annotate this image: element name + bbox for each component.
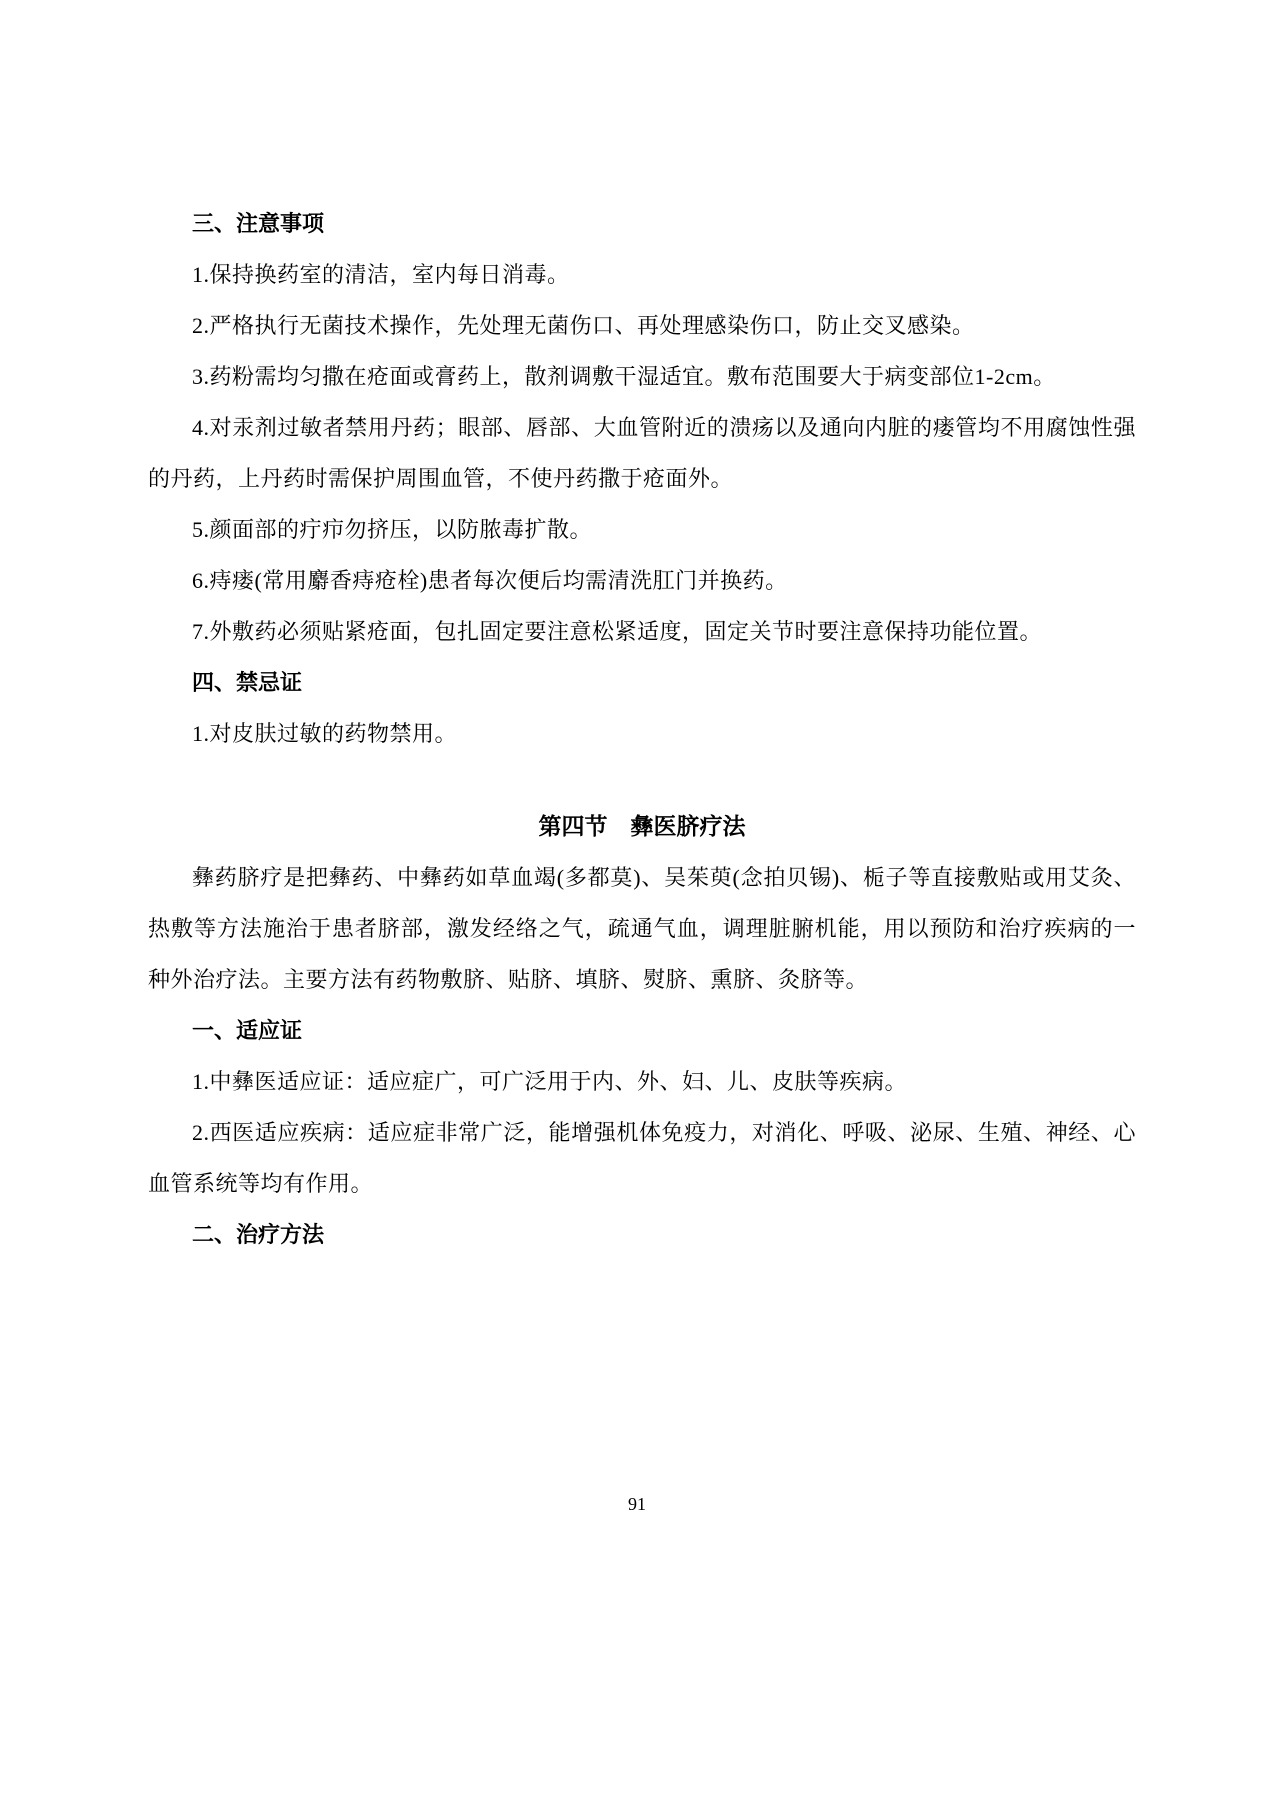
paragraph-item-5: 5.颜面部的疔疖勿挤压，以防脓毒扩散。 bbox=[148, 504, 1136, 555]
chapter-title-section-4: 第四节 彝医脐疗法 bbox=[148, 801, 1136, 852]
document-content: 三、注意事项 1.保持换药室的清洁，室内每日消毒。 2.严格执行无菌技术操作，先… bbox=[148, 198, 1136, 1260]
document-page: 三、注意事项 1.保持换药室的清洁，室内每日消毒。 2.严格执行无菌技术操作，先… bbox=[0, 0, 1274, 1801]
paragraph-chapter-intro: 彝药脐疗是把彝药、中彝药如草血竭(多都莫)、吴茱萸(念拍贝锡)、栀子等直接敷贴或… bbox=[148, 852, 1136, 1005]
paragraph-item-4: 4.对汞剂过敏者禁用丹药；眼部、唇部、大血管附近的溃疡以及通向内脏的瘘管均不用腐… bbox=[148, 402, 1136, 504]
paragraph-indication-1: 1.中彝医适应证：适应症广，可广泛用于内、外、妇、儿、皮肤等疾病。 bbox=[148, 1056, 1136, 1107]
section-heading-treatment-methods: 二、治疗方法 bbox=[148, 1209, 1136, 1260]
page-number: 91 bbox=[0, 1492, 1274, 1516]
paragraph-item-2: 2.严格执行无菌技术操作，先处理无菌伤口、再处理感染伤口，防止交叉感染。 bbox=[148, 300, 1136, 351]
section-heading-contraindications: 四、禁忌证 bbox=[148, 657, 1136, 708]
section-heading-indications: 一、适应证 bbox=[148, 1005, 1136, 1056]
paragraph-indication-2: 2.西医适应疾病：适应症非常广泛，能增强机体免疫力，对消化、呼吸、泌尿、生殖、神… bbox=[148, 1107, 1136, 1209]
paragraph-contraindication-1: 1.对皮肤过敏的药物禁用。 bbox=[148, 708, 1136, 759]
section-heading-precautions: 三、注意事项 bbox=[148, 198, 1136, 249]
paragraph-item-7: 7.外敷药必须贴紧疮面，包扎固定要注意松紧适度，固定关节时要注意保持功能位置。 bbox=[148, 606, 1136, 657]
paragraph-item-1: 1.保持换药室的清洁，室内每日消毒。 bbox=[148, 249, 1136, 300]
paragraph-item-3: 3.药粉需均匀撒在疮面或膏药上，散剂调敷干湿适宜。敷布范围要大于病变部位1-2c… bbox=[148, 351, 1136, 402]
paragraph-item-6: 6.痔瘘(常用麝香痔疮栓)患者每次便后均需清洗肛门并换药。 bbox=[148, 555, 1136, 606]
